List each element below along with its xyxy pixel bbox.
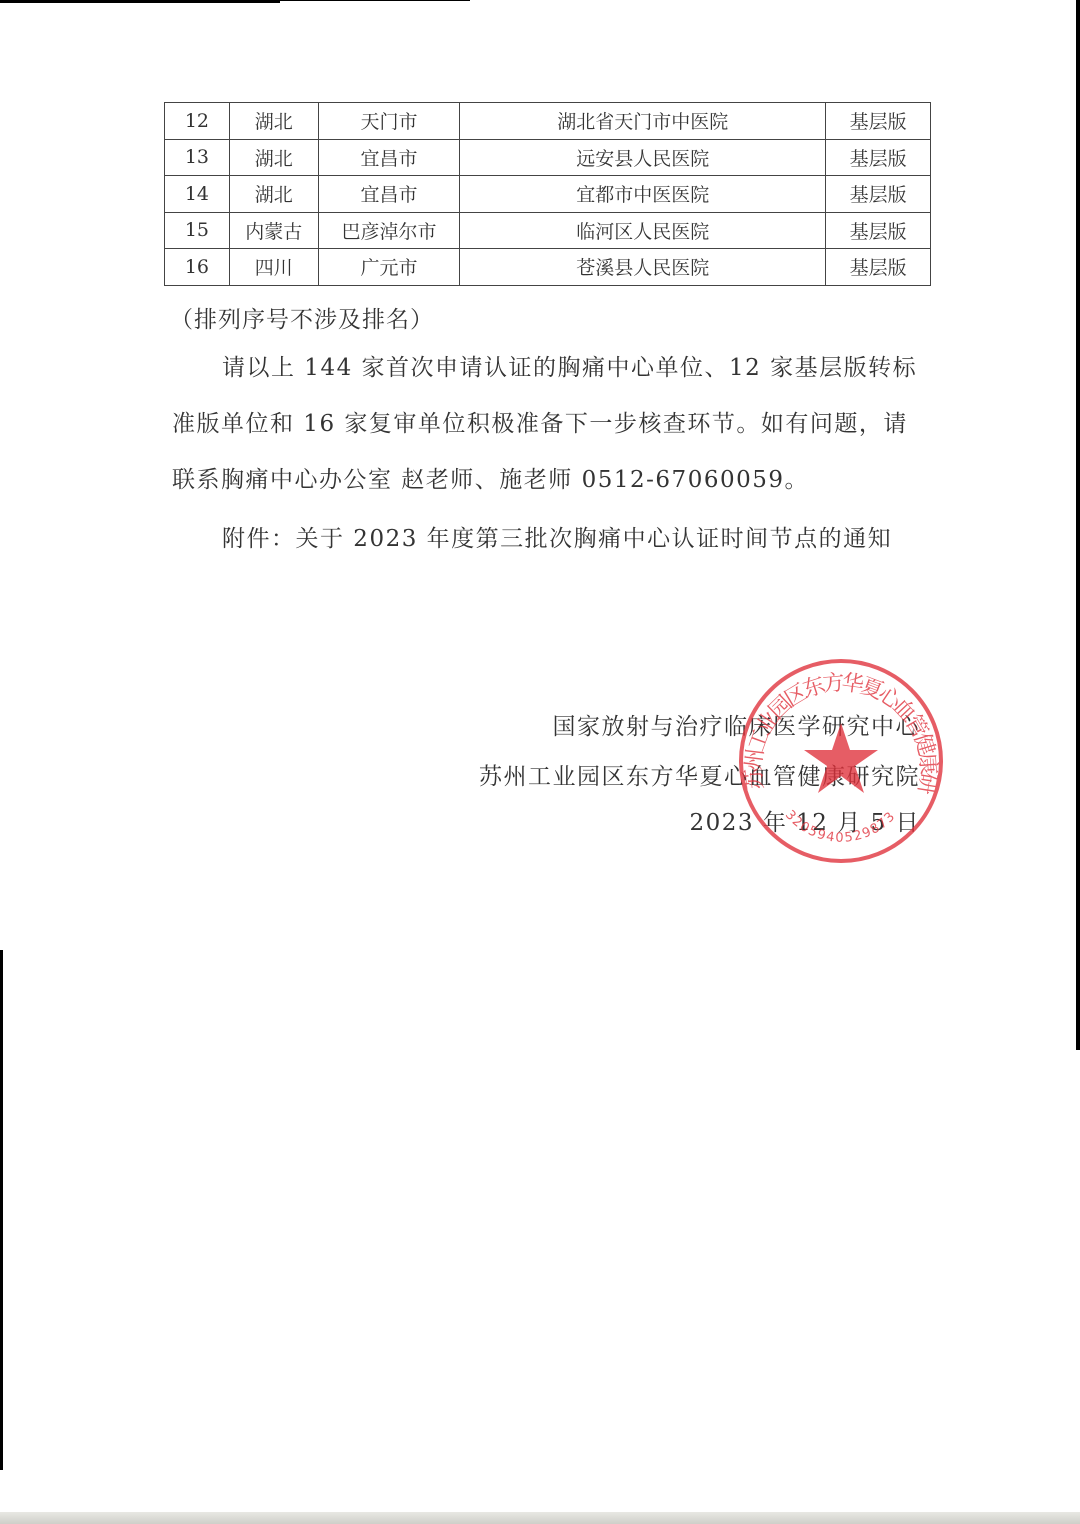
cell-hospital: 宜都市中医医院 (460, 176, 826, 213)
cell-city: 宜昌市 (318, 139, 460, 176)
cell-province: 湖北 (229, 103, 318, 140)
cell-hospital: 远安县人民医院 (460, 139, 826, 176)
body-paragraph-line-3: 联系胸痛中心办公室 赵老师、施老师 0512-67060059。 (172, 461, 932, 494)
scan-border-top-thin (280, 0, 470, 1)
cell-city: 巴彦淖尔市 (318, 212, 460, 249)
cell-version: 基层版 (826, 249, 931, 286)
table-row: 16 四川 广元市 苍溪县人民医院 基层版 (165, 249, 931, 286)
hospital-list-table: 12 湖北 天门市 湖北省天门市中医院 基层版 13 湖北 宜昌市 远安县人民医… (164, 102, 931, 286)
cell-city: 宜昌市 (318, 176, 460, 213)
cell-province: 湖北 (229, 176, 318, 213)
ranking-note: （排列序号不涉及排名） (170, 301, 434, 334)
signature-date: 2023 年 12 月 5 日 (690, 804, 921, 837)
cell-province: 内蒙古 (229, 212, 318, 249)
cell-province: 湖北 (229, 139, 318, 176)
cell-number: 15 (165, 212, 230, 249)
cell-number: 13 (165, 139, 230, 176)
body-paragraph-line-1: 请以上 144 家首次申请认证的胸痛中心单位、12 家基层版转标 (222, 349, 982, 382)
cell-version: 基层版 (826, 212, 931, 249)
signature-org-2: 苏州工业园区东方华夏心血管健康研究院 (479, 758, 920, 791)
body-paragraph-line-2: 准版单位和 16 家复审单位积极准备下一步核查环节。如有问题，请 (172, 405, 932, 438)
cell-version: 基层版 (826, 176, 931, 213)
cell-number: 16 (165, 249, 230, 286)
cell-version: 基层版 (826, 139, 931, 176)
cell-city: 广元市 (318, 249, 460, 286)
cell-hospital: 湖北省天门市中医院 (460, 103, 826, 140)
table-row: 14 湖北 宜昌市 宜都市中医医院 基层版 (165, 176, 931, 213)
table-row: 12 湖北 天门市 湖北省天门市中医院 基层版 (165, 103, 931, 140)
scan-border-top (0, 0, 280, 3)
attachment-line: 附件：关于 2023 年度第三批次胸痛中心认证时间节点的通知 (222, 520, 982, 553)
scan-border-right (1076, 0, 1080, 1050)
cell-province: 四川 (229, 249, 318, 286)
cell-hospital: 苍溪县人民医院 (460, 249, 826, 286)
signature-org-1: 国家放射与治疗临床医学研究中心 (553, 708, 921, 741)
scan-border-left (0, 950, 3, 1470)
cell-number: 14 (165, 176, 230, 213)
table-row: 15 内蒙古 巴彦淖尔市 临河区人民医院 基层版 (165, 212, 931, 249)
cell-version: 基层版 (826, 103, 931, 140)
scan-border-bottom (0, 1512, 1080, 1524)
table-row: 13 湖北 宜昌市 远安县人民医院 基层版 (165, 139, 931, 176)
cell-number: 12 (165, 103, 230, 140)
cell-city: 天门市 (318, 103, 460, 140)
cell-hospital: 临河区人民医院 (460, 212, 826, 249)
